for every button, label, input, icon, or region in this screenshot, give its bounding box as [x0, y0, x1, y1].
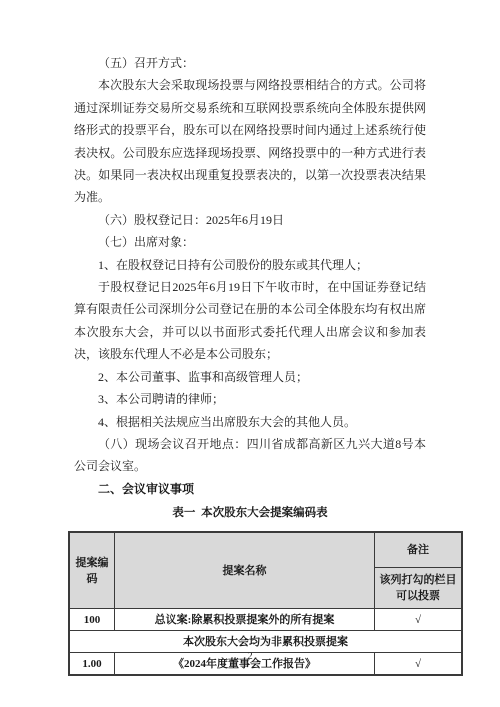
paragraph-convening-method-title: （五）召开方式：	[74, 52, 426, 74]
paragraph-convening-method-body: 本次股东大会采取现场投票与网络投票相结合的方式。公司将通过深圳证券交易所交易系统…	[74, 74, 426, 208]
paragraph-meeting-location: （八）现场会议召开地点：四川省成都高新区九兴大道8号本公司会议室。	[74, 433, 426, 478]
paragraph-attendees-item-3: 3、本公司聘请的律师；	[74, 388, 426, 410]
col-header-proposal-name: 提案名称	[115, 532, 375, 609]
paragraph-attendees-item-1: 1、在股权登记日持有公司股份的股东或其代理人；	[74, 254, 426, 276]
section-heading-review-items: 二、会议审议事项	[74, 478, 426, 500]
document-page: （五）召开方式： 本次股东大会采取现场投票与网络投票相结合的方式。公司将通过深圳…	[0, 0, 500, 707]
paragraph-attendees-title: （七）出席对象：	[74, 231, 426, 253]
document-content: （五）召开方式： 本次股东大会采取现场投票与网络投票相结合的方式。公司将通过深圳…	[74, 52, 426, 676]
cell-proposal-code: 100	[69, 609, 115, 631]
cell-check-mark: √	[375, 609, 463, 631]
col-header-remark-sub: 该列打勾的栏目可以投票	[375, 568, 463, 609]
page-number: 2	[0, 650, 500, 662]
paragraph-attendees-item-1-detail: 于股权登记日2025年6月19日下午收市时，在中国证券登记结算有限责任公司深圳分…	[74, 276, 426, 366]
paragraph-record-date: （六）股权登记日：2025年6月19日	[74, 209, 426, 231]
table-title: 表一 本次股东大会提案编码表	[74, 504, 426, 522]
table-header-row-1: 提案编码 提案名称 备注	[69, 532, 462, 568]
paragraph-attendees-item-4: 4、根据相关法规应当出席股东大会的其他人员。	[74, 411, 426, 433]
table-row: 100 总议案:除累积投票提案外的所有提案 √	[69, 609, 462, 631]
col-header-proposal-code: 提案编码	[69, 532, 115, 609]
cell-proposal-name: 总议案:除累积投票提案外的所有提案	[115, 609, 375, 631]
paragraph-attendees-item-2: 2、本公司董事、监事和高级管理人员；	[74, 366, 426, 388]
col-header-remark: 备注	[375, 532, 463, 568]
